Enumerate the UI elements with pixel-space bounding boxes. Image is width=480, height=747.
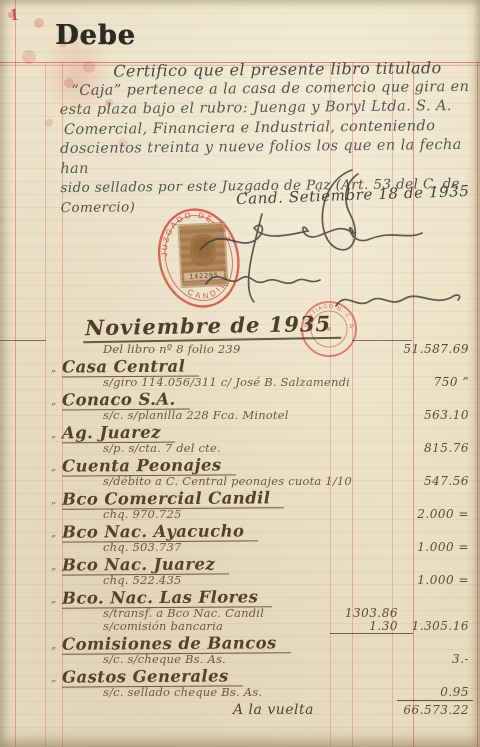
detail-text: s/c. s/planilla 228 Fca. Minotel	[103, 408, 289, 422]
account-row: „Bco. Nac. Las Flores	[45, 589, 480, 607]
carry-forward-label: A la vuelta	[233, 702, 314, 718]
revenue-stamp-serial: 142295	[184, 271, 224, 281]
account-row: „Ag. Juarez	[45, 424, 480, 442]
account-row: „Comisiones de Bancos	[45, 635, 480, 653]
amount: 0.95	[440, 686, 469, 698]
amount: 815.76	[424, 442, 469, 454]
detail-text: s/giro 114.056/311 c/ José B. Salzamendi	[103, 375, 350, 389]
amount: 750 ”	[434, 376, 469, 388]
ledger-page: 1 Debe Certifico que el presente libro t…	[0, 0, 480, 747]
opening-balance-description: Del libro nº 8 folio 239	[103, 342, 240, 356]
detail-row: chq. 522.4351.000 =	[45, 574, 480, 587]
account-row: „Bco Comercial Candil	[45, 490, 480, 508]
detail-text: s/débito a C. Central peonajes cuota 1/1…	[103, 474, 352, 488]
margin-rule-far-left	[15, 0, 16, 747]
detail-row: s/c. sellado cheque Bs. As.0.95	[45, 686, 480, 699]
page-title-debe: Debe	[55, 20, 136, 51]
detail-text: chq. 503.737	[103, 540, 181, 554]
account-row: „Conaco S.A.	[45, 391, 480, 409]
detail-text: s/p. s/cta. 7 del cte.	[103, 441, 221, 455]
detail-row: s/p. s/cta. 7 del cte.815.76	[45, 442, 480, 455]
detail-row: s/c. s/planilla 228 Fca. Minotel563.10	[45, 409, 480, 422]
title-dash-left	[0, 340, 46, 341]
amount: 1.000 =	[417, 541, 469, 553]
account-row: „Bco Nac. Juarez	[45, 556, 480, 574]
detail-text: s/c. sellado cheque Bs. As.	[103, 685, 262, 699]
amount: 3.-	[452, 653, 469, 665]
month-title-row: Noviembre de 1935	[45, 314, 480, 341]
amount: 2.000 =	[417, 508, 469, 520]
opening-balance-amount: 51.587.69	[403, 343, 469, 355]
detail-text: chq. 522.435	[103, 573, 181, 587]
ledger-entries: „Casa Centrals/giro 114.056/311 c/ José …	[45, 358, 480, 699]
account-row: „Cuenta Peonajes	[45, 457, 480, 475]
detail-row: s/débito a C. Central peonajes cuota 1/1…	[45, 475, 480, 488]
detail-text: chq. 970.725	[103, 507, 181, 521]
revenue-stamp-emblem	[189, 233, 217, 266]
revenue-tax-stamp: 142295	[178, 223, 227, 287]
amount: 1.000 =	[417, 574, 469, 586]
detail-text: s/comisión bancaria	[103, 619, 223, 633]
carry-forward-total: 66.573.22	[403, 703, 469, 717]
account-row: „Bco Nac. Ayacucho	[45, 523, 480, 541]
detail-text: s/c. s/cheque Bs. As.	[103, 652, 226, 666]
total-rule	[397, 700, 473, 701]
sub-column-amount: 1303.86	[345, 607, 398, 619]
detail-row: s/c. s/cheque Bs. As.3.-	[45, 653, 480, 666]
account-row: „Casa Central	[45, 358, 480, 376]
opening-balance-row: Del libro nº 8 folio 239 51.587.69	[45, 343, 480, 356]
detail-row: s/giro 114.056/311 c/ José B. Salzamendi…	[45, 376, 480, 389]
sub-column-rule	[330, 633, 413, 634]
folio-number: 1	[9, 5, 19, 26]
detail-row: chq. 503.7371.000 =	[45, 541, 480, 554]
account-row: „Gastos Generales	[45, 668, 480, 686]
amount: 563.10	[424, 409, 469, 421]
detail-row: s/comisión bancaria1.301.305.16	[45, 620, 480, 633]
carry-forward-row: A la vuelta 66.573.22	[45, 702, 480, 720]
detail-text: s/transf. a Bco Nac. Candil	[103, 606, 264, 620]
certification-line: doscientos treinta y nueve folios los qu…	[58, 136, 472, 179]
ledger-body: Noviembre de 1935 Del libro nº 8 folio 2…	[45, 314, 480, 720]
sub-column-amount: 1.30	[369, 620, 398, 632]
detail-row: chq. 970.7252.000 =	[45, 508, 480, 521]
month-title: Noviembre de 1935	[83, 312, 342, 344]
amount: 1.305.16	[412, 620, 469, 632]
amount: 547.56	[424, 475, 469, 487]
